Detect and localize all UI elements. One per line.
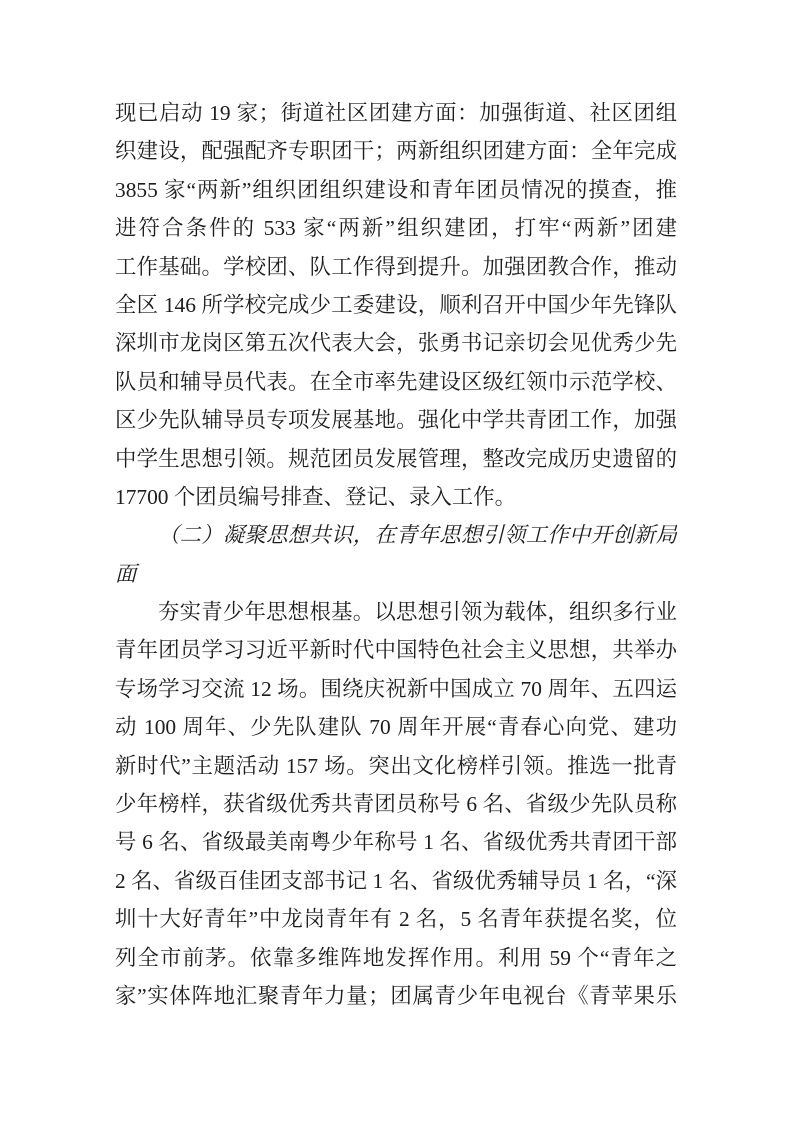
body-line: 17700 个团员编号排查、登记、录入工作。 xyxy=(115,478,677,516)
body-line: 织建设，配强配齐专职团干；两新组织团建方面：全年完成 xyxy=(115,132,677,170)
body-line: 深圳市龙岗区第五次代表大会，张勇书记亲切会见优秀少先 xyxy=(115,324,677,362)
body-line: 圳十大好青年”中龙岗青年有 2 名，5 名青年获提名奖，位 xyxy=(115,900,677,938)
body-line: 工作基础。学校团、队工作得到提升。加强团教合作，推动 xyxy=(115,248,677,286)
document-page: 现已启动 19 家；街道社区团建方面：加强街道、社区团组 织建设，配强配齐专职团… xyxy=(0,0,793,1122)
body-line: 新时代”主题活动 157 场。突出文化榜样引领。推选一批青 xyxy=(115,747,677,785)
body-line: 队员和辅导员代表。在全市率先建设区级红领巾示范学校、 xyxy=(115,363,677,401)
body-line: 少年榜样，获省级优秀共青团员称号 6 名、省级少先队员称 xyxy=(115,785,677,823)
body-line: 2 名、省级百佳团支部书记 1 名、省级优秀辅导员 1 名，“深 xyxy=(115,862,677,900)
body-line: 列全市前茅。依靠多维阵地发挥作用。利用 59 个“青年之 xyxy=(115,939,677,977)
body-line: 青年团员学习习近平新时代中国特色社会主义思想，共举办 xyxy=(115,631,677,669)
body-line: 3855 家“两新”组织团组织建设和青年团员情况的摸查，推 xyxy=(115,171,677,209)
body-line: 全区 146 所学校完成少工委建设，顺利召开中国少年先锋队 xyxy=(115,286,677,324)
body-line: 夯实青少年思想根基。以思想引领为载体，组织多行业 xyxy=(115,593,677,631)
body-line: 中学生思想引领。规范团员发展管理，整改完成历史遗留的 xyxy=(115,440,677,478)
body-line: 动 100 周年、少先队建队 70 周年开展“青春心向党、建功 xyxy=(115,708,677,746)
body-line: 号 6 名、省级最美南粤少年称号 1 名、省级优秀共青团干部 xyxy=(115,823,677,861)
section-heading-line: 面 xyxy=(115,555,677,593)
text-block: 现已启动 19 家；街道社区团建方面：加强街道、社区团组 织建设，配强配齐专职团… xyxy=(115,94,677,1015)
body-line: 现已启动 19 家；街道社区团建方面：加强街道、社区团组 xyxy=(115,94,677,132)
section-heading-line: （二）凝聚思想共识，在青年思想引领工作中开创新局 xyxy=(115,516,677,554)
body-line: 进符合条件的 533 家“两新”组织建团，打牢“两新”团建 xyxy=(115,209,677,247)
body-line: 专场学习交流 12 场。围绕庆祝新中国成立 70 周年、五四运 xyxy=(115,670,677,708)
body-line: 家”实体阵地汇聚青年力量；团属青少年电视台《青苹果乐 xyxy=(115,977,677,1015)
body-line: 区少先队辅导员专项发展基地。强化中学共青团工作，加强 xyxy=(115,401,677,439)
